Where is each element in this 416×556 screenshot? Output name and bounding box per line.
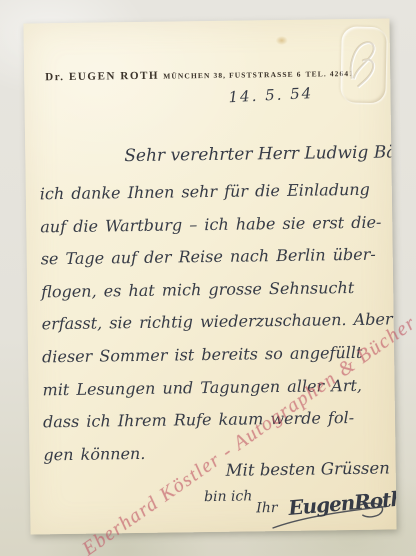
paper-stain [276, 36, 288, 45]
closing-bin-ich: bin ich [204, 488, 252, 505]
letterhead: Dr. EUGEN ROTHMÜNCHEN 38, FUSTSTRASSE 6T… [45, 63, 354, 85]
body-line: dass ich Ihrem Rufe kaum werde fol- [43, 408, 383, 445]
body-line: ich danke Ihnen sehr für die Einladung [40, 180, 380, 217]
body-line: erfasst, sie richtig wiederzuschauen. Ab… [42, 310, 382, 347]
monogram-icon [343, 34, 382, 93]
body-line: dieser Sommer ist bereits so angefüllt [42, 343, 382, 380]
body-line: mit Lesungen und Tagungen aller Art, [42, 375, 382, 412]
letterhead-address: MÜNCHEN 38, FUSTSTRASSE 6 [163, 70, 301, 81]
signature: EugenRoth [287, 486, 396, 520]
letter-body: ich danke Ihnen sehr für die Einladung a… [40, 180, 384, 478]
scan-background: Dr. EUGEN ROTHMÜNCHEN 38, FUSTSTRASSE 6T… [0, 0, 416, 556]
closing-greeting: Mit besten Grüssen [226, 459, 390, 480]
body-line: auf die Wartburg – ich habe sie erst die… [40, 212, 380, 249]
closing-ihr: Ihr [256, 500, 277, 516]
letter-paper: Dr. EUGEN ROTHMÜNCHEN 38, FUSTSTRASSE 6T… [23, 18, 396, 534]
body-line: flogen, es hat mich grosse Sehnsucht [41, 277, 381, 314]
embossed-monogram-seal [340, 26, 387, 103]
salutation: Sehr verehrter Herr Ludwig Bäte, [124, 142, 396, 166]
body-line: se Tage auf der Reise nach Berlin über- [41, 245, 381, 282]
date-handwritten: 14. 5. 54 [228, 84, 314, 106]
letterhead-name: Dr. EUGEN ROTH [45, 70, 159, 84]
